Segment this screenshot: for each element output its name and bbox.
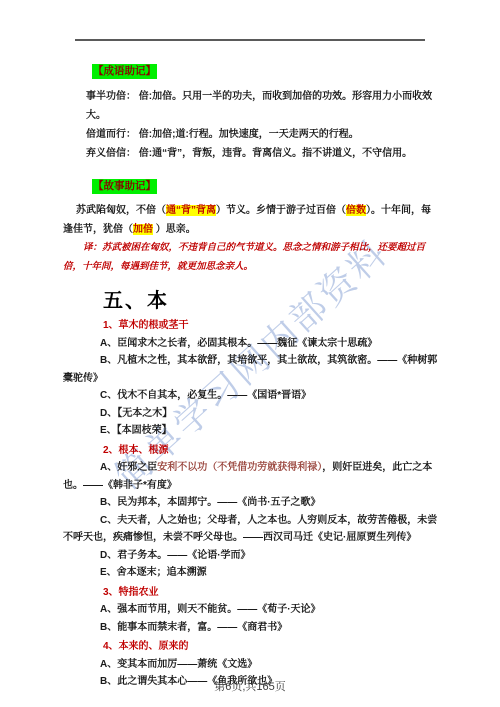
entry-group: 1、草木的根或茎干 A、臣闻求木之长者，必固其根本。——魏征《谏太宗十思疏》B、… <box>63 317 439 440</box>
header-rule <box>75 39 425 41</box>
emphasized-term: 安利不以功（不凭借功劳就获得利禄） <box>157 462 322 473</box>
group-items: A、臣闻求木之长者，必固其根本。——魏征《谏太宗十思疏》B、凡植木之性，其本欲舒… <box>63 335 439 440</box>
entry-item: A、变其本而加厉——萧统《文选》 <box>63 656 439 674</box>
group-title: 4、本来的、原来的 <box>103 638 439 656</box>
story-translation: 译：苏武被困在匈奴，不违背自己的气节道义。思念之情和游子相比，还要超过百倍，十年… <box>63 239 439 277</box>
entry-heading: 五、本 <box>103 289 439 313</box>
entry-item: B、民为邦本，本固邦宁。——《尚书·五子之歌》 <box>63 494 439 512</box>
text-run: 苏武陷匈奴，不倍（ <box>76 205 166 216</box>
page-content: 【成语助记】 事半功倍： 倍:加倍。只用一半的功夫，而收到加倍的功效。形容用力小… <box>63 60 439 691</box>
text-run: D、君子务本。——《论语·学而》 <box>100 550 251 561</box>
text-run: B、民为邦本，本固邦宁。——《尚书·五子之歌》 <box>100 497 321 508</box>
entry-item: C、伐木不自其本，必复生。——《国语*晋语》 <box>63 387 439 405</box>
group-title: 2、根本、根源 <box>103 442 439 460</box>
text-run: E、舍本逐末；追本溯源 <box>100 567 207 578</box>
idiom-line: 倍道而行： 倍:加倍;道:行程。加快速度，一天走两天的行程。 <box>86 125 439 144</box>
idiom-aid-label: 【成语助记】 <box>92 64 157 79</box>
text-run: A、奸邪之臣 <box>100 462 157 473</box>
idiom-line: 事半功倍： 倍:加倍。只用一半的功夫，而收到加倍的功效。形容用力小而收效大。 <box>86 87 439 125</box>
group-title: 3、特指农业 <box>103 584 439 602</box>
entry-item: A、强本而节用，则天不能贫。——《荀子·天论》 <box>63 601 439 619</box>
entry-groups: 1、草木的根或茎干 A、臣闻求木之长者，必固其根本。——魏征《谏太宗十思疏》B、… <box>63 317 439 691</box>
idiom-aid-lines: 事半功倍： 倍:加倍。只用一半的功夫，而收到加倍的功效。形容用力小而收效大。倍道… <box>86 87 439 163</box>
text-run: C、夫天者，人之始也；父母者，人之本也。人穷则反本，故劳苦倦极，未尝不呼天也，疾… <box>63 515 437 544</box>
text-run: ）节义。乡情于游子过百倍（ <box>216 205 346 216</box>
entry-group: 2、根本、根源 A、奸邪之臣安利不以功（不凭借功劳就获得利禄），则奸臣进矣，此亡… <box>63 442 439 582</box>
entry-item: D、【无本之木】 <box>63 405 439 423</box>
idiom-line: 弃义倍信： 倍:通“背”，背叛，违背。背离信义。指不讲道义，不守信用。 <box>86 144 439 163</box>
entry-item: C、夫天者，人之始也；父母者，人之本也。人穷则反本，故劳苦倦极，未尝不呼天也，疾… <box>63 512 439 547</box>
page-number: 第6页,共165页 <box>0 678 500 694</box>
text-run: B、凡植木之性，其本欲舒，其培欲平，其土欲故，其筑欲密。——《种树郭橐驼传》 <box>63 355 437 384</box>
text-run: ）思亲。 <box>153 224 196 235</box>
entry-item: A、臣闻求木之长者，必固其根本。——魏征《谏太宗十思疏》 <box>63 335 439 353</box>
entry-item: B、凡植木之性，其本欲舒，其培欲平，其土欲故，其筑欲密。——《种树郭橐驼传》 <box>63 352 439 387</box>
text-run: E、【本固枝荣】 <box>100 425 172 436</box>
text-run: C、伐木不自其本，必复生。——《国语*晋语》 <box>100 390 311 401</box>
text-run: D、【无本之木】 <box>100 408 172 419</box>
text-run: A、强本而节用，则天不能贫。——《荀子·天论》 <box>100 604 321 615</box>
group-title: 1、草木的根或茎干 <box>103 317 439 335</box>
entry-item: B、能事本而禁末者，富。——《商君书》 <box>63 619 439 637</box>
highlighted-term: 倍数 <box>346 205 366 216</box>
highlighted-term: 加倍 <box>133 224 153 235</box>
group-items: A、奸邪之臣安利不以功（不凭借功劳就获得利禄），则奸臣进矣，此亡之本也。——《韩… <box>63 459 439 582</box>
text-run: A、变其本而加厉——萧统《文选》 <box>100 659 257 670</box>
text-run: A、臣闻求木之长者，必固其根本。——魏征《谏太宗十思疏》 <box>100 338 377 349</box>
story-aid-label: 【故事助记】 <box>92 179 157 194</box>
entry-item: D、君子务本。——《论语·学而》 <box>63 547 439 565</box>
entry-item: E、舍本逐末；追本溯源 <box>63 564 439 582</box>
highlighted-term: 通“背”背离 <box>166 205 216 216</box>
story-paragraph: 苏武陷匈奴，不倍（通“背”背离）节义。乡情于游子过百倍（倍数）。十年间，每逢佳节… <box>63 201 439 239</box>
document-page: 简单学习网内部资料 【成语助记】 事半功倍： 倍:加倍。只用一半的功夫，而收到加… <box>0 0 500 707</box>
entry-item: A、奸邪之臣安利不以功（不凭借功劳就获得利禄），则奸臣进矣，此亡之本也。——《韩… <box>63 459 439 494</box>
entry-group: 3、特指农业 A、强本而节用，则天不能贫。——《荀子·天论》B、能事本而禁末者，… <box>63 584 439 637</box>
group-items: A、强本而节用，则天不能贫。——《荀子·天论》B、能事本而禁末者，富。——《商君… <box>63 601 439 636</box>
entry-item: E、【本固枝荣】 <box>63 422 439 440</box>
text-run: B、能事本而禁末者，富。——《商君书》 <box>100 622 287 633</box>
